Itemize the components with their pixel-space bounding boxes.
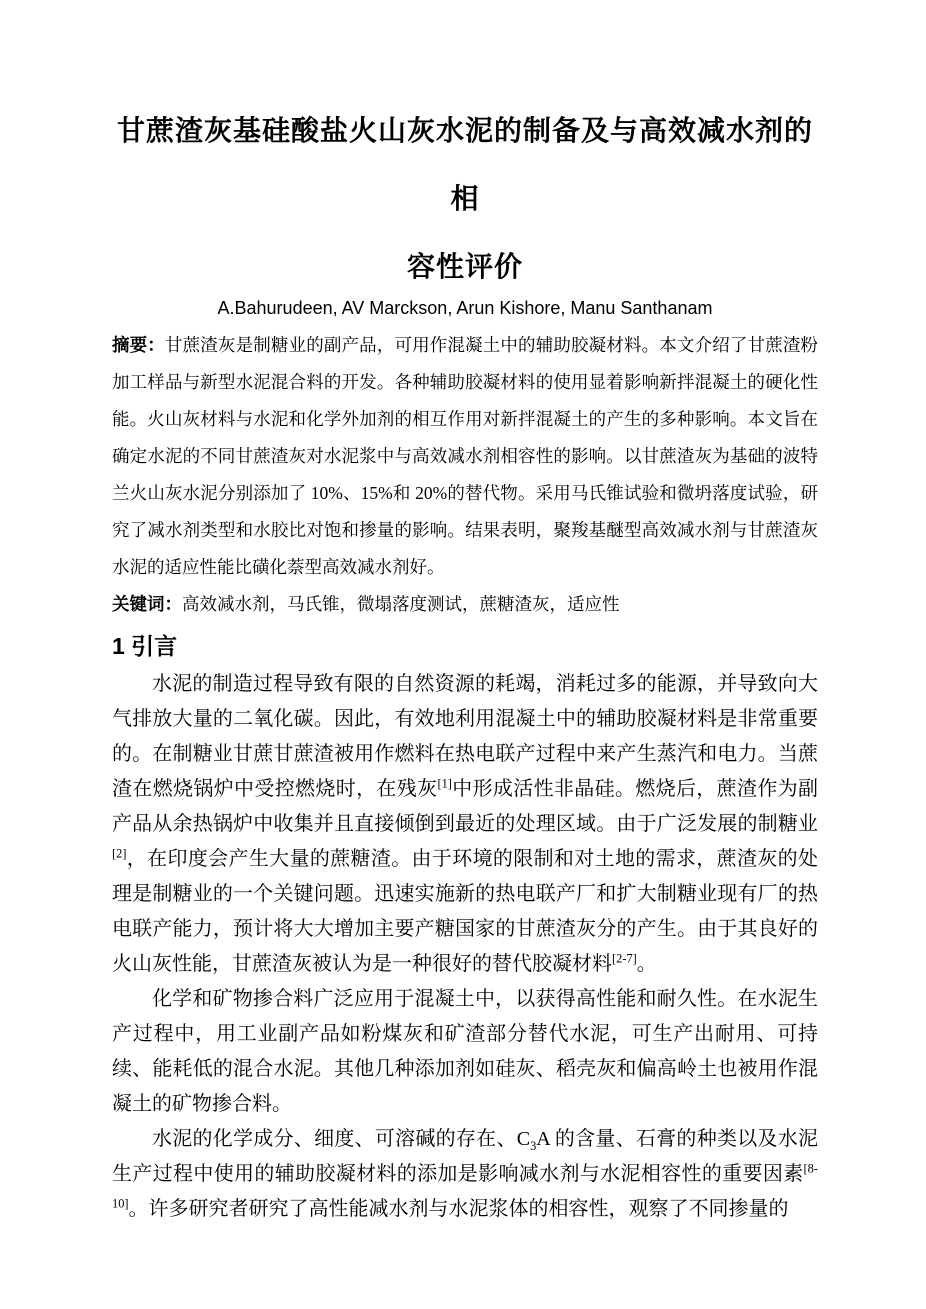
text-run: 甘蔗渣灰是制糖业的副产品，可用作混凝土中的辅助胶凝材料。本文介绍了甘蔗渣粉加工样…: [112, 335, 818, 577]
citation-superscript: [1]: [437, 776, 451, 790]
section-heading-introduction: 1 引言: [112, 631, 818, 661]
text-run: 水泥的化学成分、细度、可溶碱的存在、C: [152, 1128, 530, 1150]
abstract-paragraph: 摘要：甘蔗渣灰是制糖业的副产品，可用作混凝土中的辅助胶凝材料。本文介绍了甘蔗渣粉…: [112, 327, 818, 586]
keywords-label: 关键词：: [112, 594, 182, 614]
intro-paragraph-2: 化学和矿物掺合料广泛应用于混凝土中，以获得高性能和耐久性。在水泥生产过程中，用工…: [112, 982, 818, 1122]
paper-title: 甘蔗渣灰基硅酸盐火山灰水泥的制备及与高效减水剂的相 容性评价: [112, 97, 818, 301]
paper-title-line-2: 容性评价: [407, 251, 523, 282]
abstract-text: 甘蔗渣灰是制糖业的副产品，可用作混凝土中的辅助胶凝材料。本文介绍了甘蔗渣粉加工样…: [112, 335, 818, 577]
paper-page: 甘蔗渣灰基硅酸盐火山灰水泥的制备及与高效减水剂的相 容性评价 A.Bahurud…: [0, 0, 926, 1309]
intro-paragraph-1: 水泥的制造过程导致有限的自然资源的耗竭，消耗过多的能源，并导致向大气排放大量的二…: [112, 667, 818, 982]
text-run: 化学和矿物掺合料广泛应用于混凝土中，以获得高性能和耐久性。在水泥生产过程中，用工…: [112, 988, 818, 1115]
text-run: ，在印度会产生大量的蔗糖渣。由于环境的限制和对土地的需求，蔗渣灰的处理是制糖业的…: [112, 848, 818, 975]
paper-content: 甘蔗渣灰基硅酸盐火山灰水泥的制备及与高效减水剂的相 容性评价 A.Bahurud…: [112, 97, 818, 1227]
citation-superscript: [2]: [112, 846, 126, 860]
abstract-label: 摘要：: [112, 335, 165, 355]
citation-superscript: [2-7]: [612, 951, 637, 965]
text-run: 。: [637, 953, 657, 975]
text-run: 。许多研究者研究了高性能减水剂与水泥浆体的相容性，观察了不同掺量的: [129, 1198, 789, 1220]
intro-paragraph-3: 水泥的化学成分、细度、可溶碱的存在、C3A 的含量、石膏的种类以及水泥生产过程中…: [112, 1122, 818, 1227]
keywords-line: 关键词：高效减水剂，马氏锥，微塌落度测试，蔗糖渣灰，适应性: [112, 586, 818, 623]
document-page-background: { "document": { "title_lines": [ "甘蔗渣灰基硅…: [0, 0, 926, 1309]
authors-line: A.Bahurudeen, AV Marckson, Arun Kishore,…: [112, 295, 818, 321]
paper-title-line-1: 甘蔗渣灰基硅酸盐火山灰水泥的制备及与高效减水剂的相: [117, 115, 813, 214]
keywords-text: 高效减水剂，马氏锥，微塌落度测试，蔗糖渣灰，适应性: [182, 594, 620, 614]
